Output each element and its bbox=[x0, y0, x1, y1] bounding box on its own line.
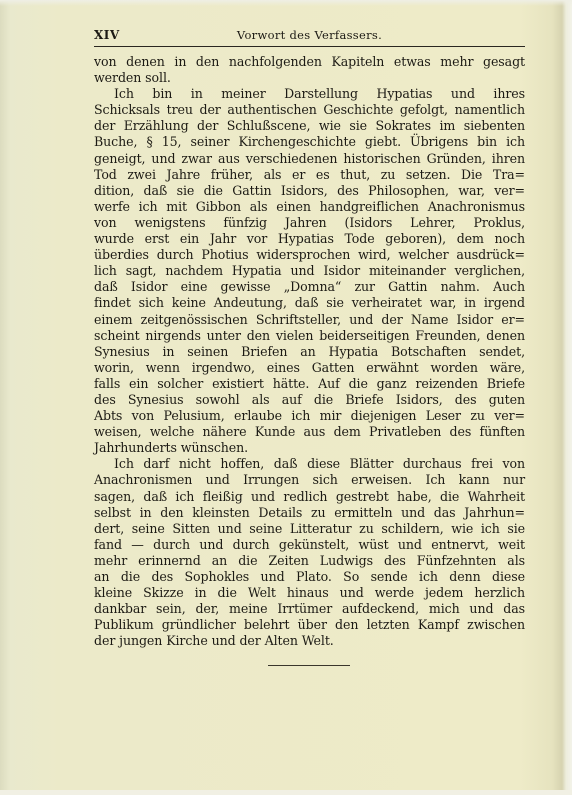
paragraph-3: Ich darf nicht hoffen, daß diese Blätter… bbox=[94, 456, 525, 649]
text-line: falls ein solcher existiert hätte. Auf d… bbox=[94, 376, 525, 392]
text-line: fand — durch und durch gekünstelt, wüst … bbox=[94, 537, 525, 553]
text-line: Synesius in seinen Briefen an Hypatia Bo… bbox=[94, 344, 525, 360]
text-line: dert, seine Sitten und seine Litteratur … bbox=[94, 521, 525, 537]
text-line: Schicksals treu der authentischen Geschi… bbox=[94, 102, 525, 118]
text-line: von denen in den nachfolgenden Kapiteln … bbox=[94, 54, 525, 70]
scan-bottom-edge bbox=[0, 790, 572, 795]
text-line: der Erzählung der Schlußscene, wie sie S… bbox=[94, 118, 525, 134]
text-line: wurde erst ein Jahr vor Hypatias Tode ge… bbox=[94, 231, 525, 247]
text-line: Buche, § 15, seiner Kirchengeschichte gi… bbox=[94, 134, 525, 150]
paragraph-1: von denen in den nachfolgenden Kapiteln … bbox=[94, 54, 525, 86]
text-line: selbst in den kleinsten Details zu ermit… bbox=[94, 505, 525, 521]
text-line: daß Isidor eine gewisse „Domna“ zur Gatt… bbox=[94, 279, 525, 295]
text-line: werfe ich mit Gibbon als einen handgreif… bbox=[94, 199, 525, 215]
text-line: Anachronismen und Irrungen sich erweisen… bbox=[94, 472, 525, 488]
text-line: dankbar sein, der, meine Irrtümer aufdec… bbox=[94, 601, 525, 617]
scan-top-edge bbox=[0, 0, 572, 6]
paragraph-2: Ich bin in meiner Darstellung Hypatias u… bbox=[94, 86, 525, 456]
text-line: Publikum gründlicher belehrt über den le… bbox=[94, 617, 525, 633]
header-rule bbox=[94, 46, 525, 47]
running-title: Vorwort des Verfassers. bbox=[94, 26, 525, 44]
closing-rule bbox=[268, 665, 350, 666]
text-line: worin, wenn irgendwo, eines Gatten erwäh… bbox=[94, 360, 525, 376]
running-head: XIV Vorwort des Verfassers. bbox=[94, 26, 525, 44]
text-line: Abts von Pelusium, erlaube ich mir dieje… bbox=[94, 408, 525, 424]
text-line: Ich darf nicht hoffen, daß diese Blätter… bbox=[94, 456, 525, 472]
text-line: findet sich keine Andeutung, daß sie ver… bbox=[94, 295, 525, 311]
text-line: lich sagt, nachdem Hypatia und Isidor mi… bbox=[94, 263, 525, 279]
text-line: kleine Skizze in die Welt hinaus und wer… bbox=[94, 585, 525, 601]
text-line: des Synesius sowohl als auf die Briefe I… bbox=[94, 392, 525, 408]
text-line: weisen, welche nähere Kunde aus dem Priv… bbox=[94, 424, 525, 440]
text-line: Jahrhunderts wünschen. bbox=[94, 440, 525, 456]
text-line: mehr erinnernd an die Zeiten Ludwigs des… bbox=[94, 553, 525, 569]
text-line: Ich bin in meiner Darstellung Hypatias u… bbox=[94, 86, 525, 102]
body-text: von denen in den nachfolgenden Kapiteln … bbox=[94, 54, 525, 649]
text-line: dition, daß sie die Gattin Isidors, des … bbox=[94, 183, 525, 199]
text-line: Tod zwei Jahre früher, als er es thut, z… bbox=[94, 167, 525, 183]
text-line: werden soll. bbox=[94, 70, 525, 86]
text-line: einem zeitgenössischen Schriftsteller, u… bbox=[94, 312, 525, 328]
text-line: geneigt, und zwar aus verschiedenen hist… bbox=[94, 151, 525, 167]
text-line: scheint nirgends unter den vielen beider… bbox=[94, 328, 525, 344]
text-line: an die des Sophokles und Plato. So sende… bbox=[94, 569, 525, 585]
text-line: überdies durch Photius widersprochen wir… bbox=[94, 247, 525, 263]
text-line: der jungen Kirche und der Alten Welt. bbox=[94, 633, 525, 649]
text-line: sagen, daß ich fleißig und redlich gestr… bbox=[94, 489, 525, 505]
text-line: von wenigstens fünfzig Jahren (Isidors L… bbox=[94, 215, 525, 231]
book-page: XIV Vorwort des Verfassers. von denen in… bbox=[94, 26, 525, 649]
